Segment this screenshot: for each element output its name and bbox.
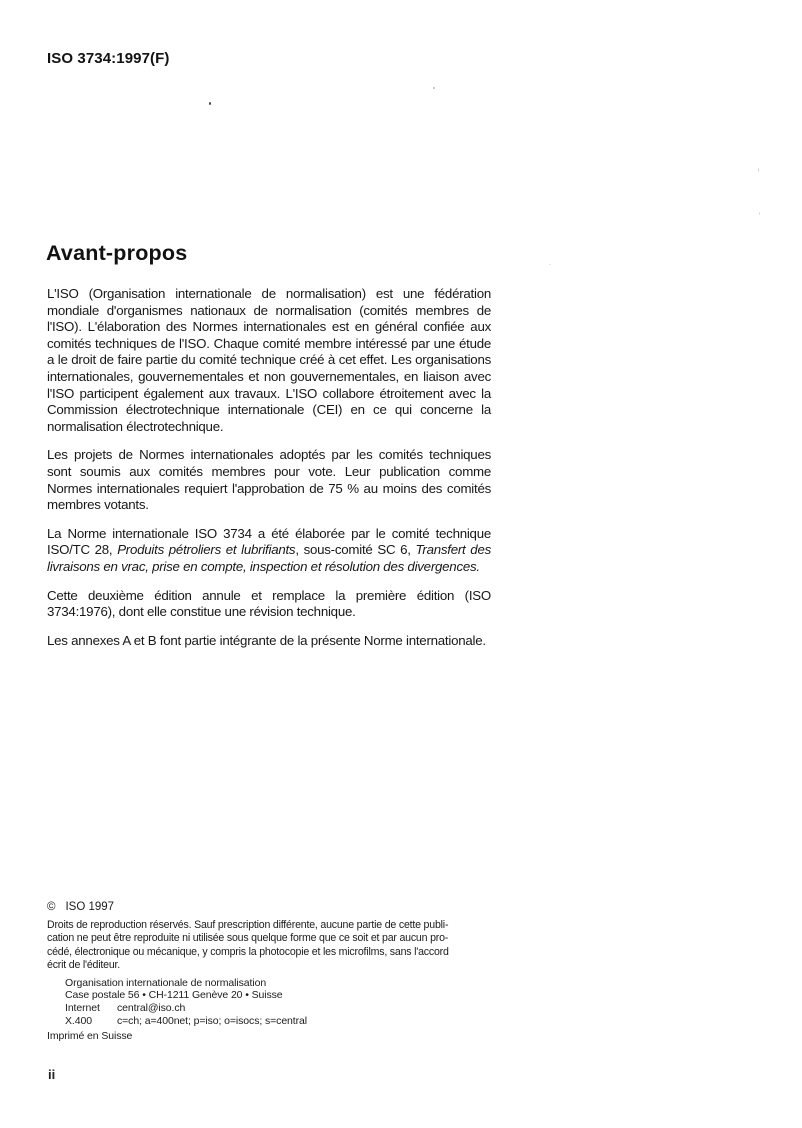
section-title: Avant-propos: [46, 241, 187, 266]
address-organization: Organisation internationale de normalisa…: [65, 977, 517, 990]
copyright-line: ©ISO 1997: [47, 901, 517, 913]
scan-speck: [758, 168, 759, 172]
rights-notice-line: écrit de l'éditeur.: [47, 959, 517, 972]
paragraph-committee-text: , sous-comité SC 6,: [295, 542, 415, 557]
page-footer: ©ISO 1997 Droits de reproduction réservé…: [47, 901, 517, 1042]
body-text: L'ISO (Organisation internationale de no…: [47, 286, 491, 661]
rights-notice: Droits de reproduction réservés. Sauf pr…: [47, 919, 517, 973]
scan-speck: [759, 212, 760, 215]
scan-speck: [549, 264, 551, 265]
rights-notice-line: cation ne peut être reproduite ni utilis…: [47, 932, 517, 945]
paragraph-committee: La Norme internationale ISO 3734 a été é…: [47, 526, 491, 576]
document-page: ISO 3734:1997(F) Avant-propos L'ISO (Org…: [0, 0, 802, 1128]
document-reference: ISO 3734:1997(F): [47, 50, 170, 67]
publisher-address: Organisation internationale de normalisa…: [47, 977, 517, 1028]
paragraph-annexes: Les annexes A et B font partie intégrant…: [47, 633, 491, 650]
contact-x400-label: X.400: [65, 1015, 117, 1028]
rights-notice-line: Droits de reproduction réservés. Sauf pr…: [47, 919, 517, 932]
paragraph-second-edition: Cette deuxième édition annule et remplac…: [47, 588, 491, 621]
contact-internet-label: Internet: [65, 1002, 117, 1015]
contact-x400-value: c=ch; a=400net; p=iso; o=isocs; s=centra…: [117, 1015, 307, 1027]
scan-speck: [433, 87, 435, 89]
address-postal: Case postale 56 • CH-1211 Genève 20 • Su…: [65, 989, 517, 1002]
rights-notice-line: cédé, électronique ou mécanique, y compr…: [47, 946, 517, 959]
paragraph-iso-federation: L'ISO (Organisation internationale de no…: [47, 286, 491, 435]
copyright-icon: ©: [47, 901, 55, 913]
contact-x400-row: X.400c=ch; a=400net; p=iso; o=isocs; s=c…: [65, 1015, 517, 1028]
contact-internet-value: central@iso.ch: [117, 1002, 185, 1014]
page-number: ii: [48, 1067, 55, 1082]
paragraph-committee-title-italic: Produits pétroliers et lubrifiants: [117, 542, 295, 557]
printed-in: Imprimé en Suisse: [47, 1030, 517, 1042]
scan-speck: [209, 102, 211, 105]
copyright-text: ISO 1997: [65, 901, 114, 913]
contact-internet-row: Internetcentral@iso.ch: [65, 1002, 517, 1015]
paragraph-draft-standards: Les projets de Normes internationales ad…: [47, 447, 491, 513]
